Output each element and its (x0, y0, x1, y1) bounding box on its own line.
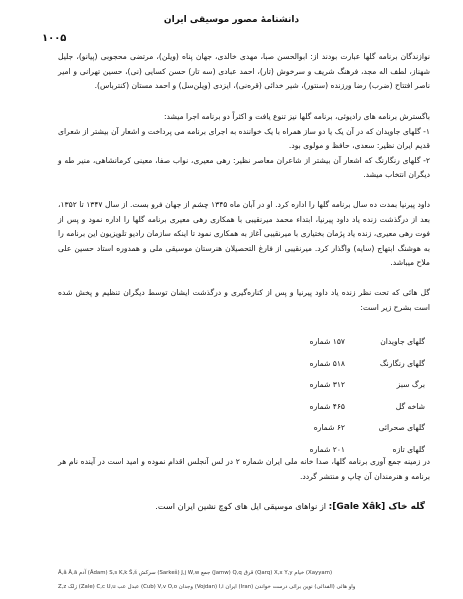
program-count: ۴۶۵ شماره (285, 402, 355, 411)
program-name: گلهای صحرائی (355, 423, 425, 432)
running-header-title: دانشنامهٔ مصور موسیقی ایران (0, 15, 463, 25)
list-item: گلهای رنگارنگ ۵۱۸ شماره (285, 353, 425, 375)
transliteration-key-line-1: Â,â Ā,ā آدم (Âdam) S,s K,k Š,š سرکش (Sar… (58, 570, 418, 576)
program-name: برگ سبز (355, 380, 425, 389)
list-item: گلهای صحرائی ۶۲ شماره (285, 417, 425, 439)
list-item: گلهای جاویدان ۱۵۷ شماره (285, 331, 425, 353)
paragraph-archive: در زمینه جمع آوری برنامه گلها، صدا خانه … (58, 455, 430, 484)
program-name: گلهای تازه (355, 445, 425, 454)
paragraph-text: گل هائی که تحت نظر زنده یاد داود پیرنیا … (58, 286, 430, 315)
paragraph-program-types: باگسترش برنامه های رادیوئی، برنامه گلها … (58, 110, 430, 183)
program-count: ۱۵۷ شماره (285, 337, 355, 346)
paragraph-text: باگسترش برنامه های رادیوئی، برنامه گلها … (58, 110, 430, 125)
program-name: شاخه گل (355, 402, 425, 411)
programs-list: گلهای جاویدان ۱۵۷ شماره گلهای رنگارنگ ۵۱… (285, 331, 425, 460)
paragraph-text: نوازندگان برنامه گلها عبارت بودند از: اب… (58, 50, 430, 94)
list-item: شاخه گل ۴۶۵ شماره (285, 396, 425, 418)
program-count: ۵۱۸ شماره (285, 359, 355, 368)
paragraph-history: داود پیرنیا بمدت ده سال برنامه گلها را ا… (58, 198, 430, 271)
dictionary-entry: گله خاک [Gale Xâk]: از نواهای موسیقی ایل… (95, 501, 425, 512)
paragraph-javidan: ۱- گلهای جاویدان که در آن یک یا دو ساز ه… (58, 125, 430, 154)
paragraph-musicians: نوازندگان برنامه گلها عبارت بودند از: اب… (58, 50, 430, 94)
program-count: ۲۰۱ شماره (285, 445, 355, 454)
program-count: ۶۲ شماره (285, 423, 355, 432)
paragraph-text: داود پیرنیا بمدت ده سال برنامه گلها را ا… (58, 198, 430, 271)
paragraph-rangarang: ۲- گلهای رنگارنگ که اشعار آن بیشتر از شا… (58, 154, 430, 183)
paragraph-text: در زمینه جمع آوری برنامه گلها، صدا خانه … (58, 455, 430, 484)
program-name: گلهای رنگارنگ (355, 359, 425, 368)
entry-definition: از نواهای موسیقی ایل های کوچ نشین ایران … (155, 501, 326, 511)
program-name: گلهای جاویدان (355, 337, 425, 346)
program-count: ۳۱۲ شماره (285, 380, 355, 389)
list-item: برگ سبز ۳۱۲ شماره (285, 374, 425, 396)
transliteration-key-line-2: Z,z زلک (Zale) C,c U,u عبدل عب (Cub) V,v… (58, 584, 418, 590)
page-number: ۱۰۰۵ (42, 33, 66, 44)
entry-headword: گله خاک [Gale Xâk]: (329, 502, 425, 512)
paragraph-list-intro: گل هائی که تحت نظر زنده یاد داود پیرنیا … (58, 286, 430, 315)
